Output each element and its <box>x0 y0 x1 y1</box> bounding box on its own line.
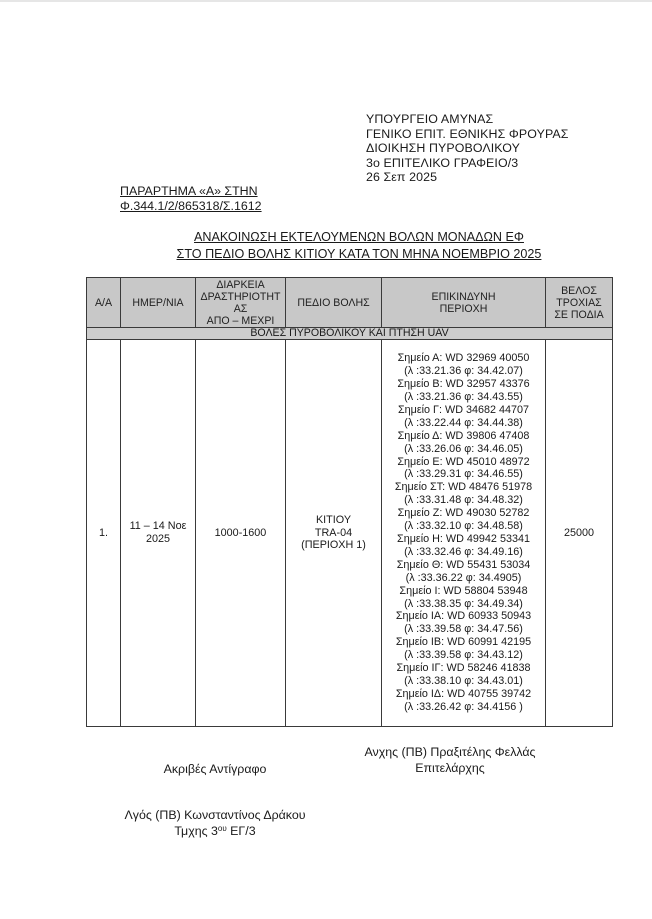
issuer-line: ΔΙΟΙΚΗΣΗ ΠΥΡΟΒΟΛΙΚΟΥ <box>366 141 569 156</box>
annex-file-number: Φ.344.1/2/865318/Σ.1612 <box>120 199 262 214</box>
col-header-danger-area: ΕΠΙΚΙΝΔΥΝΗ ΠΕΡΙΟΧΗ <box>382 278 546 328</box>
point-grid-reference: Σημείο ΙΑ: WD 60933 50943 <box>382 610 545 623</box>
cell-altitude: 25000 <box>546 340 613 727</box>
point-coordinates: (λ :33.21.36 φ: 34.42.07) <box>382 365 545 378</box>
point-grid-reference: Σημείο Ζ: WD 49030 52782 <box>382 507 545 520</box>
col-header-range: ΠΕΔΙΟ ΒΟΛΗΣ <box>286 278 382 328</box>
certifier-title: Τμχης 3ου ΕΓ/3 <box>100 823 330 839</box>
annex-reference: ΠΑΡΑΡΤΗΜΑ «Α» ΣΤΗΝ Φ.344.1/2/865318/Σ.16… <box>120 184 262 214</box>
top-edge <box>0 0 652 2</box>
point-coordinates: (λ :33.21.36 φ: 34.43.55) <box>382 391 545 404</box>
signer-name: Ανχης (ΠΒ) Πραξιτέλης Φελλάς <box>345 744 555 760</box>
point-coordinates: (λ :33.29.31 φ: 34.46.55) <box>382 468 545 481</box>
point-coordinates: (λ :33.26.06 φ: 34.46.05) <box>382 443 545 456</box>
point-grid-reference: Σημείο Η: WD 49942 53341 <box>382 533 545 546</box>
document-date: 26 Σεπ 2025 <box>366 170 569 185</box>
certifier-block: Λγός (ΠΒ) Κωνσταντίνος Δράκου Τμχης 3ου … <box>100 807 330 839</box>
point-coordinates: (λ :33.38.35 φ: 34.49.34) <box>382 598 545 611</box>
issuer-line: ΓΕΝΙΚΟ ΕΠΙΤ. ΕΘΝΙΚΗΣ ΦΡΟΥΡΑΣ <box>366 127 569 142</box>
title-line: ΑΝΑΚΟΙΝΩΣΗ ΕΚΤΕΛΟΥΜΕΝΩΝ ΒΟΛΩΝ ΜΟΝΑΔΩΝ ΕΦ <box>120 229 598 246</box>
issuer-line: 3ο ΕΠΙΤΕΛΙΚΟ ΓΡΑΦΕΙΟ/3 <box>366 156 569 171</box>
point-grid-reference: Σημείο Δ: WD 39806 47408 <box>382 430 545 443</box>
point-grid-reference: Σημείο Γ: WD 34682 44707 <box>382 404 545 417</box>
point-grid-reference: Σημείο ΙΒ: WD 60991 42195 <box>382 636 545 649</box>
cell-range: ΚΙΤΙΟΥ TRA-04 (ΠΕΡΙΟΧΗ 1) <box>286 340 382 727</box>
section-title: ΒΟΛΕΣ ΠΥΡΟΒΟΛΙΚΟΥ ΚΑΙ ΠΤΗΣΗ UAV <box>87 328 613 340</box>
table-header-row: Α/Α ΗΜΕΡ/ΝΙΑ ΔΙΑΡΚΕΙΑ ΔΡΑΣΤΗΡΙΟΤΗΤ ΑΣ ΑΠ… <box>87 278 613 328</box>
issuer-line: ΥΠΟΥΡΓΕΙΟ ΑΜΥΝΑΣ <box>366 112 569 127</box>
certifier-name: Λγός (ΠΒ) Κωνσταντίνος Δράκου <box>100 807 330 823</box>
cell-date: 11 – 14 Νοε 2025 <box>121 340 196 727</box>
signer-title: Επιτελάρχης <box>345 760 555 776</box>
cell-duration: 1000-1600 <box>196 340 286 727</box>
col-header-aa: Α/Α <box>87 278 121 328</box>
point-grid-reference: Σημείο ΙΔ: WD 40755 39742 <box>382 688 545 701</box>
point-grid-reference: Σημείο Ε: WD 45010 48972 <box>382 456 545 469</box>
point-grid-reference: Σημείο ΣΤ: WD 48476 51978 <box>382 481 545 494</box>
document-title: ΑΝΑΚΟΙΝΩΣΗ ΕΚΤΕΛΟΥΜΕΝΩΝ ΒΟΛΩΝ ΜΟΝΑΔΩΝ ΕΦ… <box>120 229 598 263</box>
point-grid-reference: Σημείο ΙΓ: WD 58246 41838 <box>382 662 545 675</box>
point-coordinates: (λ :33.36.22 φ: 34.4905) <box>382 572 545 585</box>
col-header-duration: ΔΙΑΡΚΕΙΑ ΔΡΑΣΤΗΡΙΟΤΗΤ ΑΣ ΑΠΟ – ΜΕΧΡΙ <box>196 278 286 328</box>
table-row: 1. 11 – 14 Νοε 2025 1000-1600 ΚΙΤΙΟΥ TRA… <box>87 340 613 727</box>
point-coordinates: (λ :33.38.10 φ: 34.43.01) <box>382 675 545 688</box>
point-coordinates: (λ :33.26.42 φ: 34.4156 ) <box>382 701 545 714</box>
firing-schedule-table: Α/Α ΗΜΕΡ/ΝΙΑ ΔΙΑΡΚΕΙΑ ΔΡΑΣΤΗΡΙΟΤΗΤ ΑΣ ΑΠ… <box>86 277 613 727</box>
point-coordinates: (λ :33.32.46 φ: 34.49.16) <box>382 546 545 559</box>
cell-danger-area: Σημείο Α: WD 32969 40050(λ :33.21.36 φ: … <box>382 340 546 727</box>
issuer-block: ΥΠΟΥΡΓΕΙΟ ΑΜΥΝΑΣ ΓΕΝΙΚΟ ΕΠΙΤ. ΕΘΝΙΚΗΣ ΦΡ… <box>366 112 569 185</box>
point-coordinates: (λ :33.22.44 φ: 34.44.38) <box>382 417 545 430</box>
point-grid-reference: Σημείο Θ: WD 55431 53034 <box>382 559 545 572</box>
point-grid-reference: Σημείο Α: WD 32969 40050 <box>382 352 545 365</box>
point-grid-reference: Σημείο Β: WD 32957 43376 <box>382 378 545 391</box>
annex-line: ΠΑΡΑΡΤΗΜΑ «Α» ΣΤΗΝ <box>120 184 262 199</box>
point-grid-reference: Σημείο Ι: WD 58804 53948 <box>382 585 545 598</box>
cell-aa: 1. <box>87 340 121 727</box>
point-coordinates: (λ :33.31.48 φ: 34.48.32) <box>382 494 545 507</box>
point-coordinates: (λ :33.39.58 φ: 34.43.12) <box>382 649 545 662</box>
signer-block: Ανχης (ΠΒ) Πραξιτέλης Φελλάς Επιτελάρχης <box>345 744 555 776</box>
col-header-date: ΗΜΕΡ/ΝΙΑ <box>121 278 196 328</box>
certified-copy-label: Ακριβές Αντίγραφο <box>130 762 300 776</box>
point-coordinates: (λ :33.32.10 φ: 34.48.58) <box>382 520 545 533</box>
col-header-altitude: ΒΕΛΟΣ ΤΡΟΧΙΑΣ ΣΕ ΠΟΔΙΑ <box>546 278 613 328</box>
section-row: ΒΟΛΕΣ ΠΥΡΟΒΟΛΙΚΟΥ ΚΑΙ ΠΤΗΣΗ UAV <box>87 328 613 340</box>
title-line: ΣΤΟ ΠΕΔΙΟ ΒΟΛΗΣ ΚΙΤΙΟΥ ΚΑΤΑ ΤΟΝ ΜΗΝΑ ΝΟΕ… <box>120 246 598 263</box>
point-coordinates: (λ :33.39.58 φ: 34.47.56) <box>382 623 545 636</box>
